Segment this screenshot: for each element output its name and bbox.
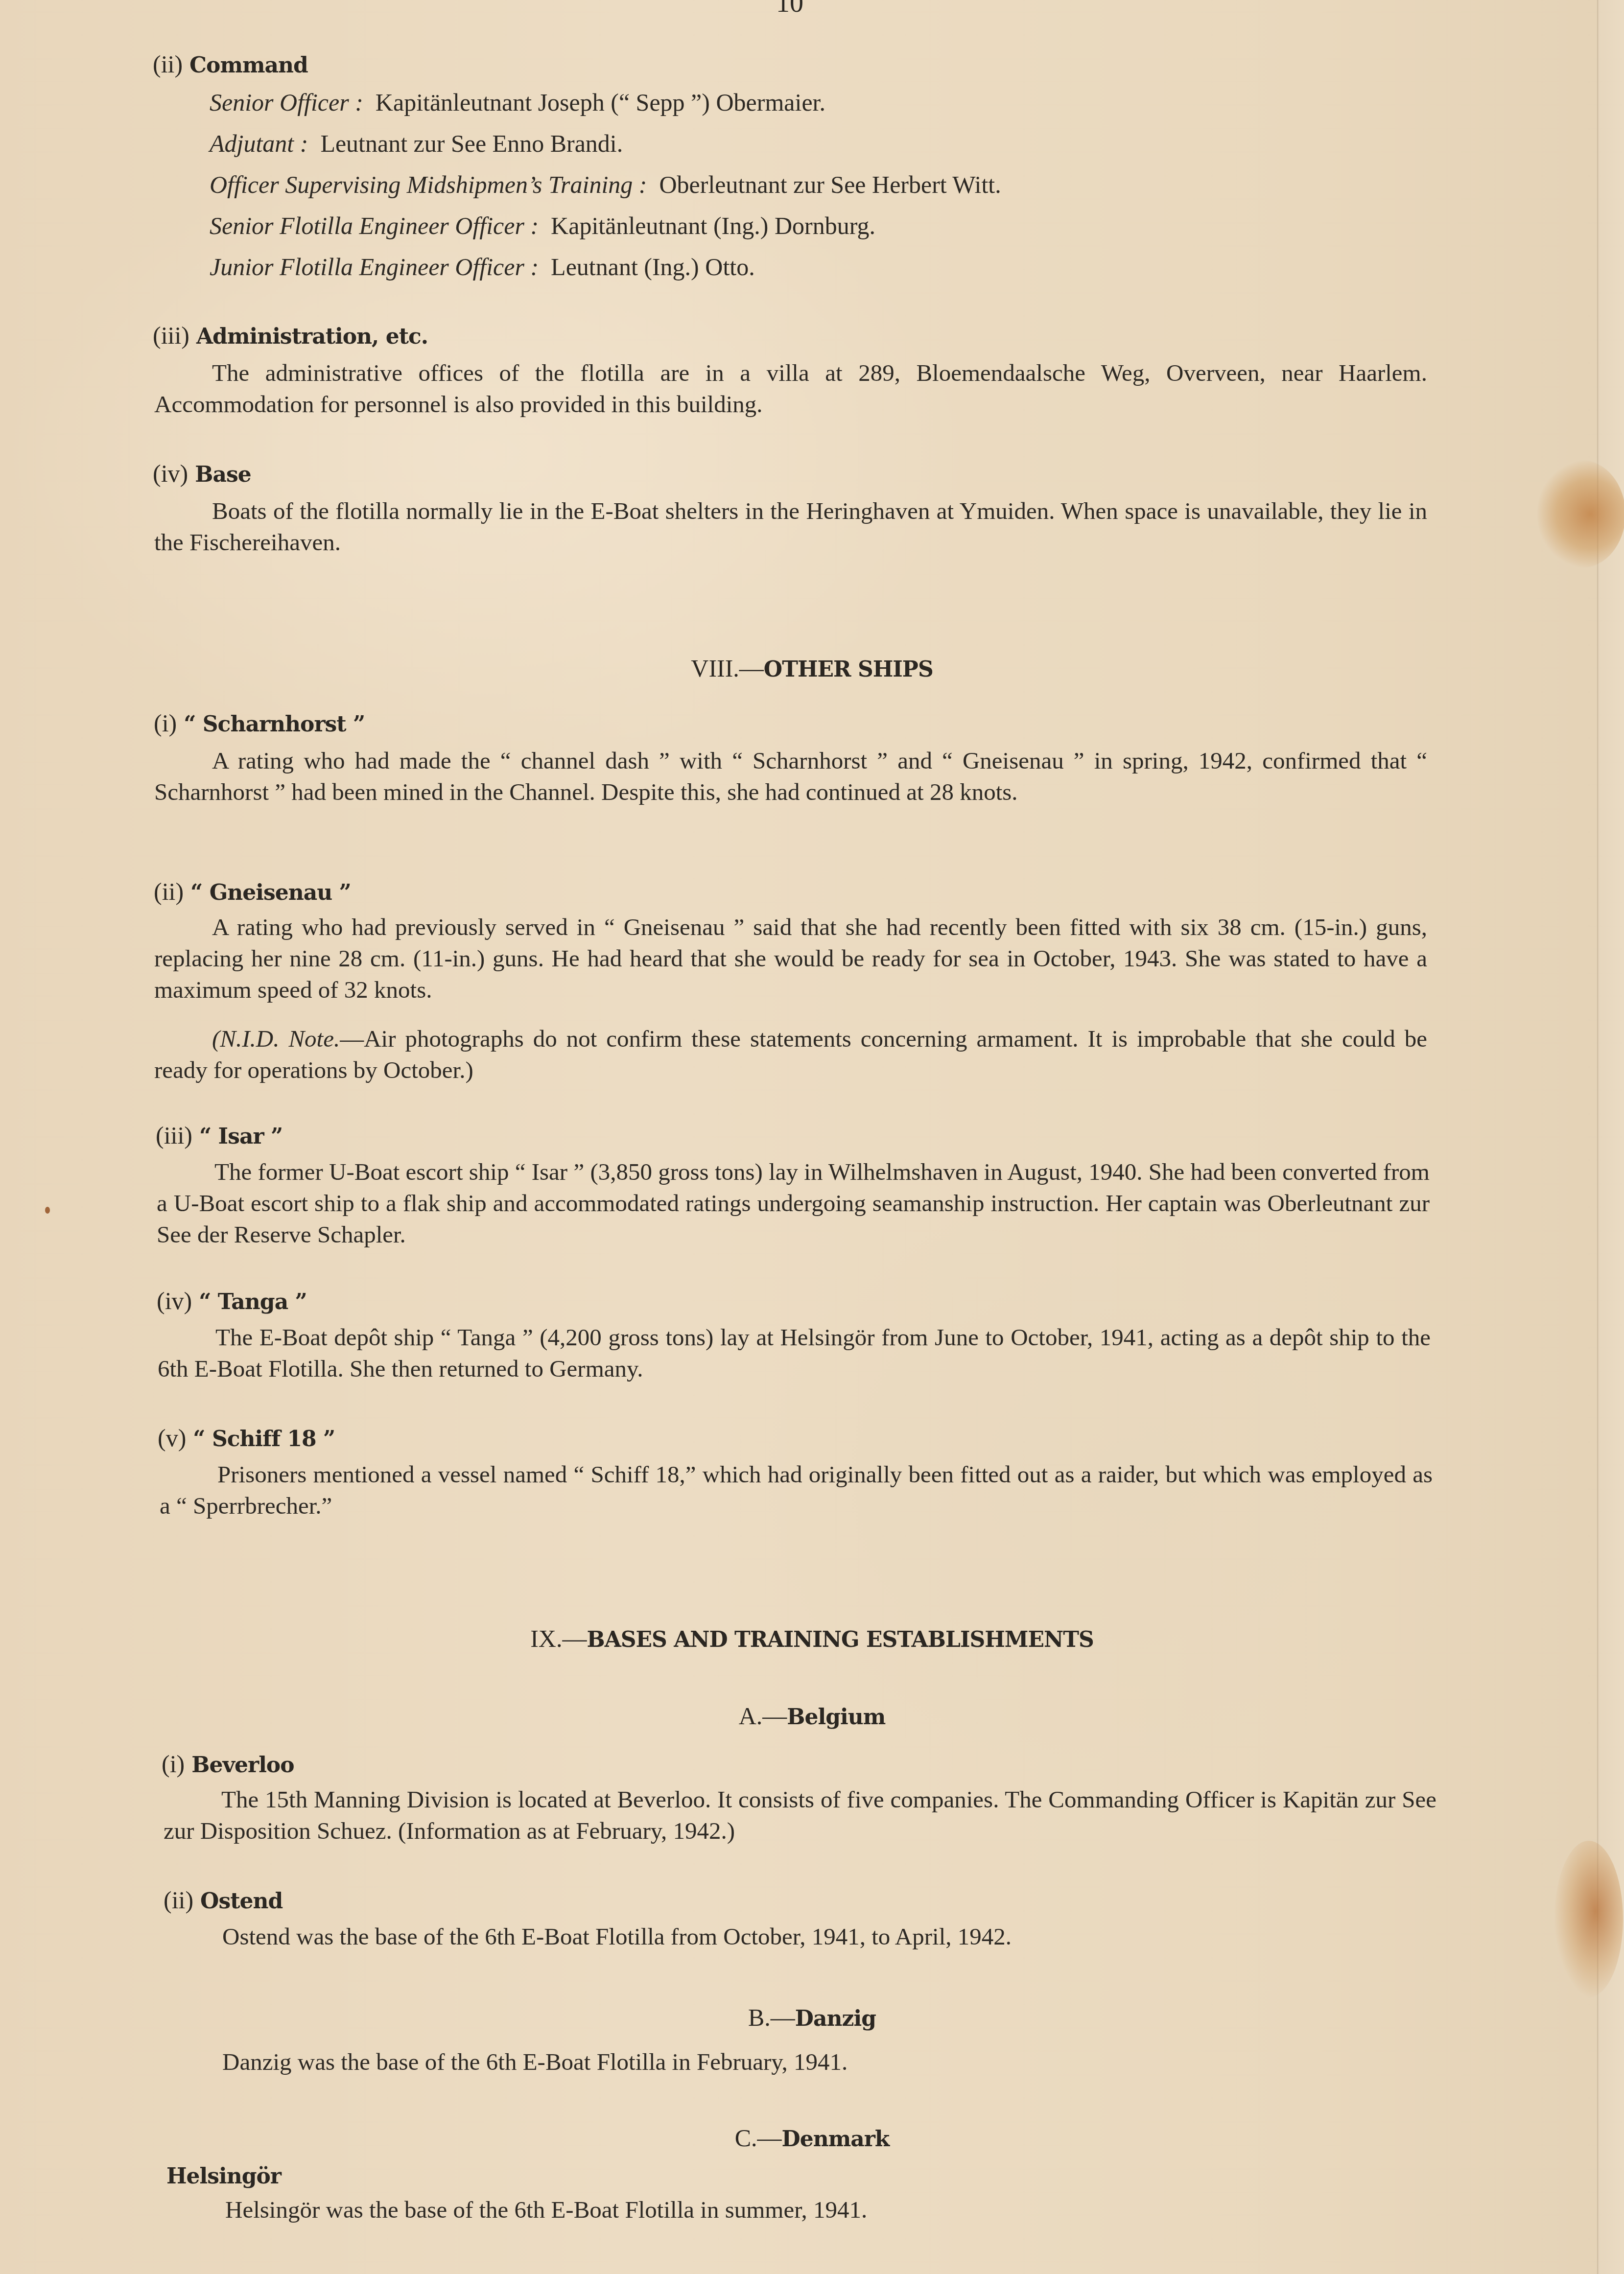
tanga-paragraph: The E-Boat depôt ship “ Tanga ” (4,200 g… [158, 1322, 1431, 1384]
roster-adjutant: Adjutant : Leutnant zur See Enno Brandi. [210, 129, 623, 158]
section-title-other-ships: VIII.—OTHER SHIPS [0, 654, 1624, 682]
ship-heading-schiff-18: (v)“ Schiff 18 ” [158, 1424, 335, 1452]
page-number: 10 [776, 0, 803, 19]
roster-junior-engineer-officer: Junior Flotilla Engineer Officer : Leutn… [210, 253, 755, 281]
base-heading-helsingor: Helsingör [166, 2161, 281, 2189]
beverloo-paragraph: The 15th Manning Division is located at … [164, 1784, 1436, 1847]
subsection-title-denmark: C.—Denmark [0, 2124, 1624, 2152]
gneisenau-paragraph: A rating who had previously served in “ … [154, 912, 1427, 1006]
subsection-title-belgium: A.—Belgium [0, 1702, 1624, 1730]
danzig-paragraph: Danzig was the base of the 6th E-Boat Fl… [222, 2046, 847, 2078]
ostend-paragraph: Ostend was the base of the 6th E-Boat Fl… [222, 1921, 1012, 1952]
ship-heading-isar: (iii)“ Isar ” [156, 1121, 282, 1149]
base-heading-ostend: (ii)Ostend [164, 1886, 282, 1914]
schiff-18-paragraph: Prisoners mentioned a vessel named “ Sch… [160, 1459, 1433, 1522]
ship-heading-gneisenau: (ii)“ Gneisenau ” [154, 877, 351, 906]
roster-midshipmen-training-officer: Officer Supervising Midshipmen’s Trainin… [210, 170, 1001, 199]
page-edge [1597, 0, 1624, 2274]
roster-senior-officer: Senior Officer : Kapitänleutnant Joseph … [210, 88, 825, 117]
roster-senior-engineer-officer: Senior Flotilla Engineer Officer : Kapit… [210, 211, 875, 240]
base-paragraph: Boats of the flotilla normally lie in th… [154, 495, 1427, 558]
nid-note-paragraph: (N.I.D. Note.—Air photographs do not con… [154, 1023, 1427, 1086]
subsection-title-danzig: B.—Danzig [0, 2003, 1624, 2032]
helsingor-paragraph: Helsingör was the base of the 6th E-Boat… [225, 2194, 867, 2226]
ink-speck [45, 1207, 50, 1214]
section-heading-administration: (iii)Administration, etc. [153, 321, 428, 350]
section-heading-command: (ii)Command [153, 50, 308, 78]
scharnhorst-paragraph: A rating who had made the “ channel dash… [154, 745, 1427, 808]
section-heading-base: (iv)Base [153, 459, 251, 488]
ship-heading-scharnhorst: (i)“ Scharnhorst ” [154, 709, 365, 737]
base-heading-beverloo: (i)Beverloo [162, 1750, 294, 1778]
administration-paragraph: The administrative offices of the flotil… [154, 357, 1427, 420]
ship-heading-tanga: (iv)“ Tanga ” [157, 1287, 307, 1315]
section-title-bases-training: IX.—BASES AND TRAINING ESTABLISHMENTS [0, 1624, 1624, 1653]
isar-paragraph: The former U-Boat escort ship “ Isar ” (… [157, 1156, 1430, 1250]
